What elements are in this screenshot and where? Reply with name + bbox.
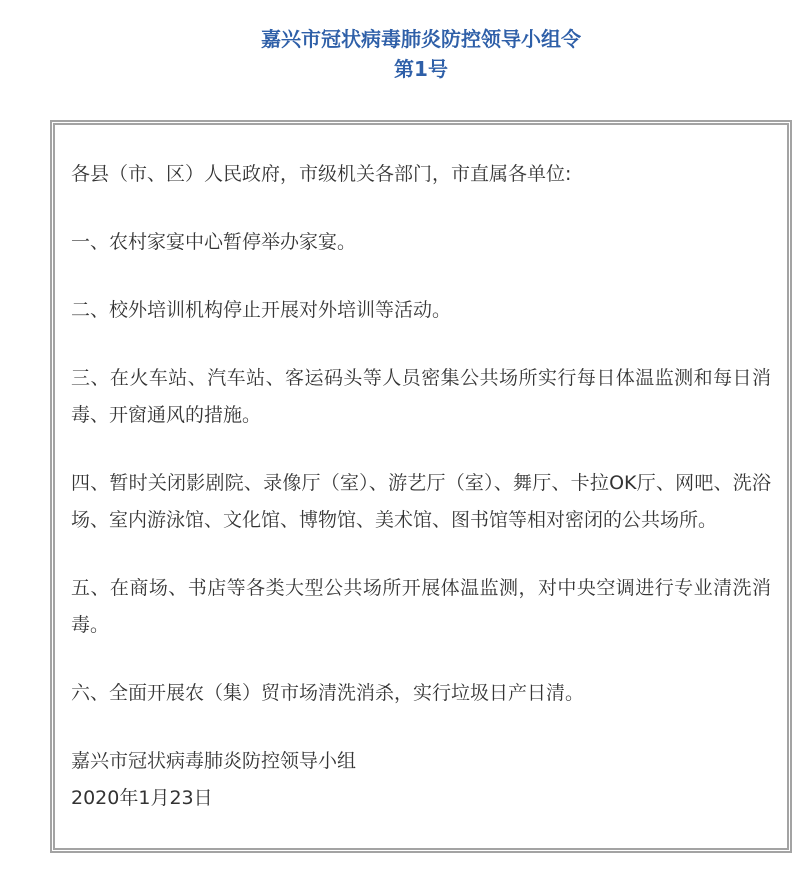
order-item-5: 五、在商场、书店等各类大型公共场所开展体温监测，对中央空调进行专业清洗消毒。 [71, 570, 771, 644]
order-title: 嘉兴市冠状病毒肺炎防控领导小组令 [50, 24, 792, 54]
order-item-6: 六、全面开展农（集）贸市场清洗消杀，实行垃圾日产日清。 [71, 675, 771, 712]
document-header: 嘉兴市冠状病毒肺炎防控领导小组令 第1号 [50, 0, 792, 84]
document-page: 嘉兴市冠状病毒肺炎防控领导小组令 第1号 各县（市、区）人民政府，市级机关各部门… [0, 0, 809, 875]
salutation-line: 各县（市、区）人民政府，市级机关各部门，市直属各单位: [71, 156, 771, 193]
issuer-name: 嘉兴市冠状病毒肺炎防控领导小组 [71, 743, 771, 780]
order-item-4: 四、暂时关闭影剧院、录像厅（室）、游艺厅（室）、舞厅、卡拉OK厅、网吧、洗浴场、… [71, 465, 771, 539]
order-item-1: 一、农村家宴中心暂停举办家宴。 [71, 224, 771, 261]
signature-block: 嘉兴市冠状病毒肺炎防控领导小组 2020年1月23日 [71, 743, 771, 817]
issue-date: 2020年1月23日 [71, 780, 771, 817]
order-item-2: 二、校外培训机构停止开展对外培训等活动。 [71, 292, 771, 329]
order-item-3: 三、在火车站、汽车站、客运码头等人员密集公共场所实行每日体温监测和每日消毒、开窗… [71, 360, 771, 434]
notice-box: 各县（市、区）人民政府，市级机关各部门，市直属各单位: 一、农村家宴中心暂停举办… [50, 120, 792, 853]
order-number: 第1号 [50, 54, 792, 84]
